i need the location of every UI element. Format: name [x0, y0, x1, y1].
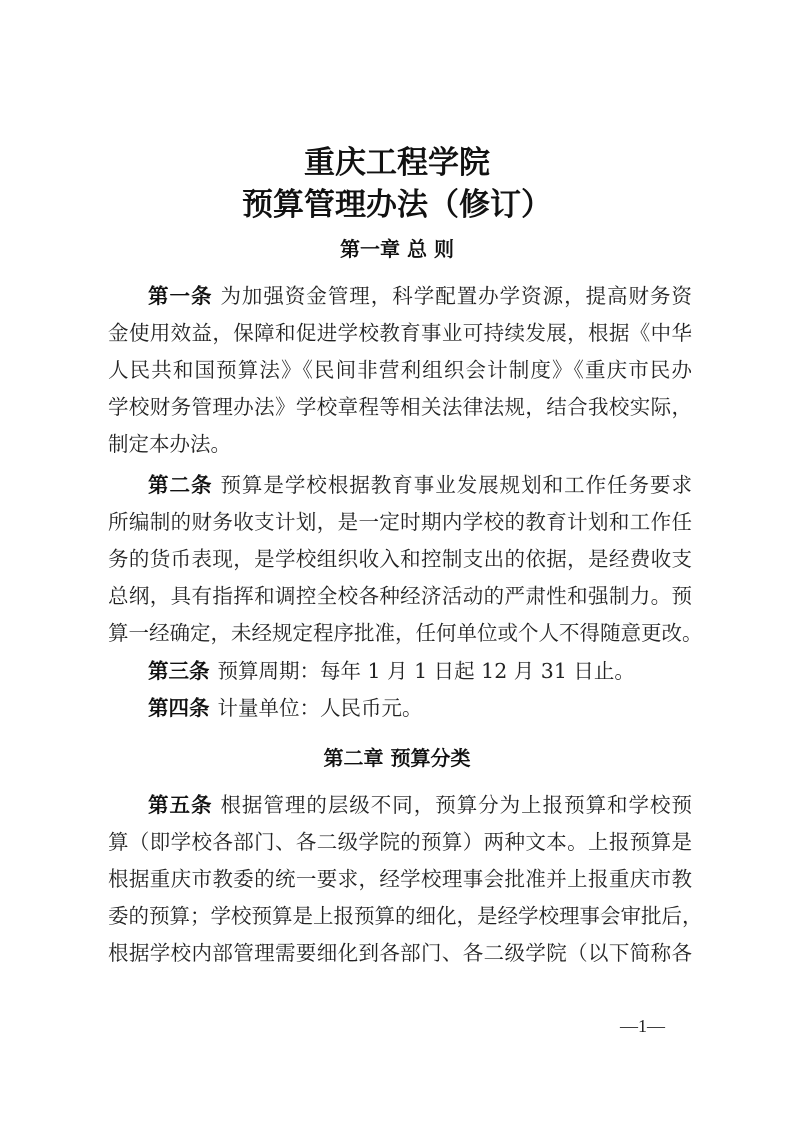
article-1-line-1: 第一条为加强资金管理，科学配置办学资源，提高财务资 [148, 281, 692, 311]
article-1-line-2: 金使用效益，保障和促进学校教育事业可持续发展，根据《中华 [108, 318, 692, 348]
article-5-line-5: 根据学校内部管理需要细化到各部门、各二级学院（以下简称各 [108, 938, 692, 968]
article-5-line-1: 第五条根据管理的层级不同，预算分为上报预算和学校预 [148, 790, 692, 820]
article-5-line-3: 根据重庆市教委的统一要求，经学校理事会批准并上报重庆市教 [108, 864, 692, 894]
article-2-line-2: 所编制的财务收支计划，是一定时期内学校的教育计划和工作任 [108, 507, 692, 537]
article-label: 第二条 [148, 473, 212, 497]
article-label: 第四条 [148, 696, 210, 720]
article-2-line-4: 总纲，具有指挥和调控全校各种经济活动的严肃性和强制力。预 [108, 581, 692, 611]
article-1-line-5: 制定本办法。 [108, 429, 692, 459]
article-1-line-4: 学校财务管理办法》学校章程等相关法律法规，结合我校实际， [108, 392, 692, 422]
chapter-heading-2: 第二章 预算分类 [0, 742, 794, 771]
article-2-line-3: 务的货币表现，是学校组织收入和控制支出的依据，是经费收支 [108, 544, 692, 574]
article-2-line-5: 算一经确定，未经规定程序批准，任何单位或个人不得随意更改。 [108, 618, 692, 648]
article-1-line-3: 人民共和国预算法》《民间非营利组织会计制度》《重庆市民办 [108, 355, 692, 385]
page-number: —1— [620, 1016, 665, 1037]
document-title-line1: 重庆工程学院 [0, 137, 794, 182]
article-2-line-1: 第二条预算是学校根据教育事业发展规划和工作任务要求 [148, 470, 692, 500]
article-4-line-1: 第四条计量单位：人民币元。 [148, 693, 692, 723]
document-page: 重庆工程学院 预算管理办法（修订） 第一章 总 则 第一条为加强资金管理，科学配… [0, 0, 794, 1122]
document-title-line2: 预算管理办法（修订） [0, 179, 794, 224]
article-label: 第五条 [148, 793, 212, 817]
chapter-heading-1: 第一章 总 则 [0, 233, 794, 262]
article-5-line-2: 算（即学校各部门、各二级学院的预算）两种文本。上报预算是 [108, 827, 692, 857]
article-5-line-4: 委的预算；学校预算是上报预算的细化，是经学校理事会审批后， [108, 901, 692, 931]
article-label: 第三条 [148, 659, 210, 683]
article-label: 第一条 [148, 284, 212, 308]
article-3-line-1: 第三条预算周期：每年 1 月 1 日起 12 月 31 日止。 [148, 656, 692, 686]
